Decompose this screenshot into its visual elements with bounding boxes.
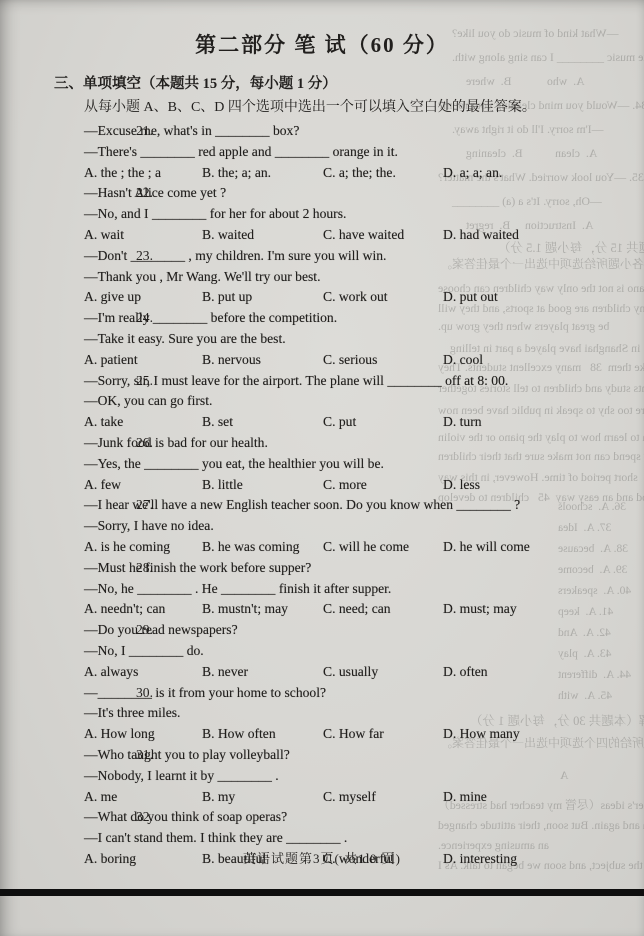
option-c: C. will he come: [323, 537, 443, 558]
question-text: —Must he finish the work before supper?: [84, 560, 311, 575]
question-line: —OK, you can go first.: [84, 391, 644, 412]
question-text: —Junk food is bad for our health.: [84, 435, 268, 450]
question-line: —Yes, the ________ you eat, the healthie…: [84, 454, 644, 475]
option-a: A. take: [84, 412, 202, 433]
question-text: —Do you read newspapers?: [84, 622, 238, 637]
option-c: C. usually: [323, 662, 443, 683]
question-number: 29.: [136, 620, 153, 641]
question-block: 29.—Do you read newspapers?—No, I ______…: [0, 620, 644, 682]
question-line: —There's ________ red apple and ________…: [84, 142, 644, 163]
option-d: D. How many: [443, 724, 644, 745]
option-a: A. the ; the ; a: [84, 163, 202, 184]
question-block: 28.—Must he finish the work before suppe…: [0, 558, 644, 620]
option-b: B. mustn't; may: [202, 599, 323, 620]
option-a: A. give up: [84, 287, 202, 308]
question-text: —Sorry, I have no idea.: [84, 518, 214, 533]
question-text: —No, I ________ do.: [84, 643, 204, 658]
section-instruction: 从每小题 A、B、C、D 四个选项中选出一个可以填入空白处的最佳答案。: [84, 96, 644, 116]
option-d: D. must; may: [443, 599, 644, 620]
question-number: 30.: [136, 683, 153, 704]
question-text: —I'm really ________ before the competit…: [84, 310, 337, 325]
option-b: B. little: [202, 475, 323, 496]
question-line: —Thank you , Mr Wang. We'll try our best…: [84, 267, 644, 288]
question-line: —Take it easy. Sure you are the best.: [84, 329, 644, 350]
question-number: 27.: [136, 495, 153, 516]
question-number: 25.: [136, 371, 153, 392]
question-block: 26.—Junk food is bad for our health.—Yes…: [0, 433, 644, 495]
option-c: C. more: [323, 475, 443, 496]
part-title: 第二部分 笔 试（60 分）: [0, 0, 644, 59]
option-d: D. often: [443, 662, 644, 683]
question-number: 32.: [136, 807, 153, 828]
options-row: A. How longB. How oftenC. How farD. How …: [84, 724, 644, 745]
option-b: B. How often: [202, 724, 323, 745]
option-c: C. have waited: [323, 225, 443, 246]
options-row: A. is he comingB. he was comingC. will h…: [84, 537, 644, 558]
option-c: C. How far: [323, 724, 443, 745]
question-number: 26.: [136, 433, 153, 454]
option-b: B. he was coming: [202, 537, 323, 558]
question-number: 21.: [136, 121, 153, 142]
question-text: —Nobody, I learnt it by ________ .: [84, 768, 279, 783]
option-a: A. needn't; can: [84, 599, 202, 620]
question-line: —Sorry, I have no idea.: [84, 516, 644, 537]
question-block: 30.—________ is it from your home to sch…: [0, 683, 644, 745]
question-block: 23.—Don't ________ , my children. I'm su…: [0, 246, 644, 308]
question-line: —It's three miles.: [84, 703, 644, 724]
question-line: —I can't stand them. I think they are __…: [84, 828, 644, 849]
scan-edge-bar: [0, 889, 644, 896]
option-a: A. always: [84, 662, 202, 683]
option-b: B. set: [202, 412, 323, 433]
options-row: A. alwaysB. neverC. usuallyD. often: [84, 662, 644, 683]
option-b: B. my: [202, 787, 323, 808]
question-text: —There's ________ red apple and ________…: [84, 144, 398, 159]
option-b: B. never: [202, 662, 323, 683]
option-d: D. put out: [443, 287, 644, 308]
option-c: C. myself: [323, 787, 443, 808]
options-row: A. takeB. setC. putD. turn: [84, 412, 644, 433]
question-number: 23.: [136, 246, 153, 267]
question-line: —No, he ________ . He ________ finish it…: [84, 579, 644, 600]
question-number: 22.: [136, 183, 153, 204]
question-line: 30.—________ is it from your home to sch…: [84, 683, 644, 704]
question-line: 28.—Must he finish the work before suppe…: [84, 558, 644, 579]
question-block: 24.—I'm really ________ before the compe…: [0, 308, 644, 370]
option-c: C. a; the; the.: [323, 163, 443, 184]
questions: 21.—Excuse me, what's in ________ box?—T…: [0, 121, 644, 870]
question-line: 29.—Do you read newspapers?: [84, 620, 644, 641]
option-a: A. is he coming: [84, 537, 202, 558]
options-row: A. fewB. littleC. moreD. less: [84, 475, 644, 496]
question-text: —It's three miles.: [84, 705, 180, 720]
question-line: 26.—Junk food is bad for our health.: [84, 433, 644, 454]
options-row: A. patientB. nervousC. seriousD. cool: [84, 350, 644, 371]
option-b: B. nervous: [202, 350, 323, 371]
question-text: —Thank you , Mr Wang. We'll try our best…: [84, 269, 320, 284]
options-row: A. give upB. put upC. work outD. put out: [84, 287, 644, 308]
option-d: D. he will come: [443, 537, 644, 558]
question-line: 27.—I hear we'll have a new English teac…: [84, 495, 644, 516]
question-number: 24.: [136, 308, 153, 329]
option-d: D. cool: [443, 350, 644, 371]
page-footer: 英语试题第3页( 共1 0 页): [0, 848, 644, 867]
option-d: D. a; a; an.: [443, 163, 644, 184]
option-c: C. work out: [323, 287, 443, 308]
option-a: A. wait: [84, 225, 202, 246]
question-block: 22.—Hasn't Alice come yet ?—No, and I __…: [0, 183, 644, 245]
option-c: C. serious: [323, 350, 443, 371]
question-text: —What do you think of soap operas?: [84, 809, 287, 824]
question-line: —No, and I ________ for her for about 2 …: [84, 204, 644, 225]
option-b: B. waited: [202, 225, 323, 246]
option-d: D. mine: [443, 787, 644, 808]
option-d: D. had waited: [443, 225, 644, 246]
exam-page: —What kind of music do you like?—I like …: [0, 0, 644, 936]
question-text: —Who taught you to play volleyball?: [84, 747, 290, 762]
question-line: 25.—Sorry, sir, I must leave for the air…: [84, 371, 644, 392]
question-line: 22.—Hasn't Alice come yet ?: [84, 183, 644, 204]
question-line: 31.—Who taught you to play volleyball?: [84, 745, 644, 766]
question-block: 25.—Sorry, sir, I must leave for the air…: [0, 371, 644, 433]
question-text: —OK, you can go first.: [84, 393, 212, 408]
options-row: A. the ; the ; aB. the; a; an.C. a; the;…: [84, 163, 644, 184]
option-c: C. need; can: [323, 599, 443, 620]
question-text: —________ is it from your home to school…: [84, 685, 326, 700]
question-text: —No, he ________ . He ________ finish it…: [84, 581, 391, 596]
question-line: —Nobody, I learnt it by ________ .: [84, 766, 644, 787]
options-row: A. waitB. waitedC. have waitedD. had wai…: [84, 225, 644, 246]
question-block: 21.—Excuse me, what's in ________ box?—T…: [0, 121, 644, 183]
question-block: 27.—I hear we'll have a new English teac…: [0, 495, 644, 557]
question-text: —Yes, the ________ you eat, the healthie…: [84, 456, 384, 471]
option-a: A. me: [84, 787, 202, 808]
option-b: B. put up: [202, 287, 323, 308]
option-a: A. patient: [84, 350, 202, 371]
question-text: —No, and I ________ for her for about 2 …: [84, 206, 346, 221]
question-line: 32.—What do you think of soap operas?: [84, 807, 644, 828]
question-text: —Don't ________ , my children. I'm sure …: [84, 248, 386, 263]
question-text: —I can't stand them. I think they are __…: [84, 830, 347, 845]
option-a: A. few: [84, 475, 202, 496]
question-block: 31.—Who taught you to play volleyball?—N…: [0, 745, 644, 807]
question-line: 23.—Don't ________ , my children. I'm su…: [84, 246, 644, 267]
question-line: —No, I ________ do.: [84, 641, 644, 662]
options-row: A. needn't; canB. mustn't; mayC. need; c…: [84, 599, 644, 620]
option-d: D. turn: [443, 412, 644, 433]
question-text: —Excuse me, what's in ________ box?: [84, 123, 299, 138]
option-a: A. How long: [84, 724, 202, 745]
section-heading: 三、单项填空（本题共 15 分，每小题 1 分）: [54, 72, 644, 93]
question-text: —Take it easy. Sure you are the best.: [84, 331, 286, 346]
question-line: 21.—Excuse me, what's in ________ box?: [84, 121, 644, 142]
question-number: 31.: [136, 745, 153, 766]
question-text: —Hasn't Alice come yet ?: [84, 185, 226, 200]
option-c: C. put: [323, 412, 443, 433]
question-number: 28.: [136, 558, 153, 579]
option-d: D. less: [443, 475, 644, 496]
option-b: B. the; a; an.: [202, 163, 323, 184]
options-row: A. meB. myC. myselfD. mine: [84, 787, 644, 808]
question-line: 24.—I'm really ________ before the compe…: [84, 308, 644, 329]
